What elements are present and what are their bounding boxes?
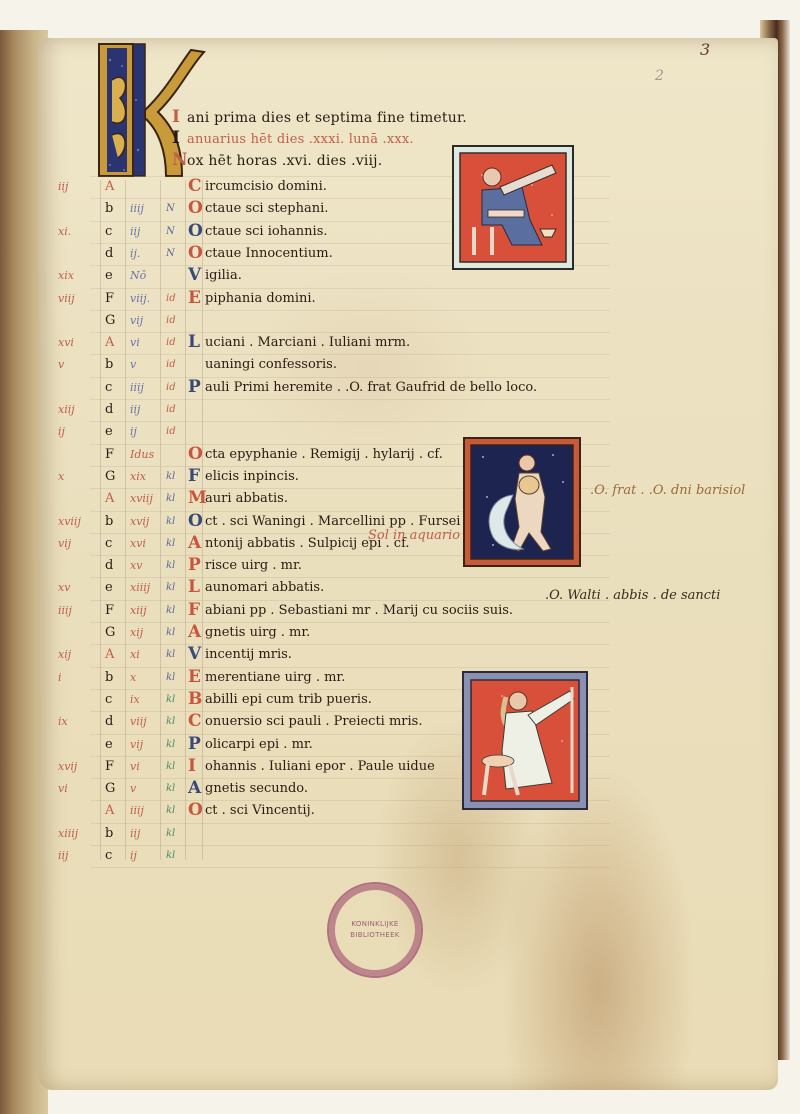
roman-day-count: xi bbox=[130, 644, 140, 665]
feast-initial: O bbox=[188, 800, 203, 821]
folio-number: 3 bbox=[700, 40, 710, 59]
feast-initial: P bbox=[188, 377, 201, 398]
roman-day-unit: id bbox=[166, 332, 176, 353]
roman-day-unit: kl bbox=[166, 644, 175, 665]
dominical-letter: G bbox=[105, 310, 115, 331]
dominical-letter: A bbox=[105, 488, 114, 509]
calendar-row: xiijdiijid bbox=[0, 399, 620, 420]
roman-day-unit: kl bbox=[166, 622, 175, 643]
feast-initial: P bbox=[188, 555, 201, 576]
calendar-row: ciiijidPauli Primi heremite . .O. frat G… bbox=[0, 377, 620, 398]
feast-initial: O bbox=[188, 444, 203, 465]
golden-number: v bbox=[58, 354, 64, 375]
roman-day-unit: kl bbox=[166, 577, 175, 598]
roman-day-count: vi bbox=[130, 332, 140, 353]
feast-text: gnetis secundo. bbox=[205, 778, 308, 799]
dominical-letter: d bbox=[105, 399, 113, 420]
roman-day-unit: kl bbox=[166, 511, 175, 532]
dominical-letter: d bbox=[105, 243, 113, 264]
golden-number: xv bbox=[58, 577, 70, 598]
roman-day-count: xiij bbox=[130, 600, 147, 621]
dominical-letter: c bbox=[105, 533, 112, 554]
calendar-row: viijFviij.idEpiphania domini. bbox=[0, 288, 620, 309]
roman-day-count: iiij bbox=[130, 800, 144, 821]
feast-text: onuersio sci pauli . Preiecti mris. bbox=[205, 711, 422, 732]
dominical-letter: c bbox=[105, 221, 112, 242]
roman-day-unit: N bbox=[166, 221, 175, 242]
feast-text: ctaue sci stephani. bbox=[205, 198, 328, 219]
feast-initial: C bbox=[188, 711, 202, 732]
dominical-letter: b bbox=[105, 511, 113, 532]
roman-day-count: vij bbox=[130, 734, 143, 755]
golden-number: xiiij bbox=[58, 823, 78, 844]
golden-number: x bbox=[58, 466, 64, 487]
feast-text: cta epyphanie . Remigij . hylarij . cf. bbox=[205, 444, 443, 465]
roman-day-count: iij bbox=[130, 399, 140, 420]
feast-text: elicis inpincis. bbox=[205, 466, 299, 487]
feast-text: auri abbatis. bbox=[205, 488, 288, 509]
feast-text: ohannis . Iuliani epor . Paule uidue bbox=[205, 756, 435, 777]
feast-text: uciani . Marciani . Iuliani mrm. bbox=[205, 332, 410, 353]
roman-day-count: ij bbox=[130, 421, 137, 442]
roman-day-count: ix bbox=[130, 689, 140, 710]
calendar-row: xvexiiijklLaunomari abbatis. bbox=[0, 577, 620, 598]
golden-number: xiij bbox=[58, 399, 75, 420]
feast-text: auli Primi heremite . .O. frat Gaufrid d… bbox=[205, 377, 537, 398]
dominical-letter: F bbox=[105, 444, 114, 465]
stamp-line-2: BIBLIOTHEEK bbox=[350, 930, 399, 941]
roman-day-unit: id bbox=[166, 310, 176, 331]
roman-day-unit: kl bbox=[166, 667, 175, 688]
library-stamp: KONINKLIJKE BIBLIOTHEEK bbox=[327, 882, 423, 978]
roman-day-count: ij. bbox=[130, 243, 140, 264]
roman-day-unit: kl bbox=[166, 823, 175, 844]
roman-day-unit: kl bbox=[166, 555, 175, 576]
dominical-letter: b bbox=[105, 354, 113, 375]
dominical-letter: e bbox=[105, 577, 113, 598]
marginal-obit-right: .O. frat . .O. dni barisiol bbox=[590, 483, 745, 498]
calendar-row: Gvijid bbox=[0, 310, 620, 331]
dominical-letter: G bbox=[105, 778, 115, 799]
feast-initial: E bbox=[188, 667, 201, 688]
roman-day-count: iij bbox=[130, 823, 140, 844]
roman-day-count: xix bbox=[130, 466, 146, 487]
roman-day-count: iiij bbox=[130, 377, 144, 398]
feast-initial: O bbox=[188, 198, 203, 219]
calendar-row: xviAviidLuciani . Marciani . Iuliani mrm… bbox=[0, 332, 620, 353]
roman-day-count: v bbox=[130, 354, 136, 375]
roman-day-unit: id bbox=[166, 421, 176, 442]
feast-text: merentiane uirg . mr. bbox=[205, 667, 345, 688]
golden-number: xvi bbox=[58, 332, 74, 353]
miniature-feasting-man bbox=[452, 145, 574, 270]
roman-day-count: xij bbox=[130, 622, 143, 643]
roman-day-unit: kl bbox=[166, 778, 175, 799]
golden-number: xij bbox=[58, 644, 71, 665]
golden-number: vij bbox=[58, 533, 71, 554]
feast-text: risce uirg . mr. bbox=[205, 555, 302, 576]
feast-text: igilia. bbox=[205, 265, 242, 286]
golden-number: vi bbox=[58, 778, 68, 799]
ruling-line bbox=[90, 867, 610, 868]
golden-number: xi. bbox=[58, 221, 71, 242]
calendar-row: xijAxiklVincentij mris. bbox=[0, 644, 620, 665]
feast-initial: A bbox=[188, 622, 201, 643]
golden-number: xviij bbox=[58, 511, 81, 532]
roman-day-unit: N bbox=[166, 243, 175, 264]
dominical-letter: F bbox=[105, 600, 114, 621]
golden-number: ij bbox=[58, 421, 65, 442]
feast-initial: L bbox=[188, 332, 200, 353]
feast-initial: I bbox=[188, 756, 196, 777]
roman-day-count: xvi bbox=[130, 533, 146, 554]
dominical-letter: F bbox=[105, 756, 114, 777]
roman-day-count: xiiij bbox=[130, 577, 150, 598]
roman-day-count: xviij bbox=[130, 488, 153, 509]
dominical-letter: b bbox=[105, 823, 113, 844]
roman-day-unit: id bbox=[166, 399, 176, 420]
dominical-letter: e bbox=[105, 421, 113, 442]
dominical-letter: e bbox=[105, 265, 113, 286]
feast-initial: E bbox=[188, 288, 201, 309]
feast-text: incentij mris. bbox=[205, 644, 292, 665]
feast-initial: P bbox=[188, 734, 201, 755]
roman-day-unit: id bbox=[166, 354, 176, 375]
feast-text: ctaue sci iohannis. bbox=[205, 221, 328, 242]
dominical-letter: e bbox=[105, 734, 113, 755]
roman-day-unit: kl bbox=[166, 711, 175, 732]
feast-initial: B bbox=[188, 689, 202, 710]
dominical-letter: A bbox=[105, 644, 114, 665]
header-initial-1: I bbox=[172, 107, 180, 127]
feast-initial: A bbox=[188, 533, 201, 554]
roman-day-unit: kl bbox=[166, 466, 175, 487]
feast-text: gnetis uirg . mr. bbox=[205, 622, 310, 643]
stamp-line-1: KONINKLIJKE bbox=[351, 919, 398, 930]
calendar-row: GxijklAgnetis uirg . mr. bbox=[0, 622, 620, 643]
feast-initial: V bbox=[188, 644, 201, 665]
feast-text: abiani pp . Sebastiani mr . Marij cu soc… bbox=[205, 600, 513, 621]
feast-text: ircumcisio domini. bbox=[205, 176, 327, 197]
roman-day-unit: kl bbox=[166, 800, 175, 821]
dominical-letter: F bbox=[105, 288, 114, 309]
feast-initial: O bbox=[188, 243, 203, 264]
roman-day-unit: kl bbox=[166, 845, 175, 866]
calendar-row: iiijFxiijklFabiani pp . Sebastiani mr . … bbox=[0, 600, 620, 621]
feast-initial: L bbox=[188, 577, 200, 598]
feast-text: abilli epi cum trib pueris. bbox=[205, 689, 372, 710]
dominical-letter: A bbox=[105, 176, 114, 197]
feast-initial: O bbox=[188, 221, 203, 242]
dominical-letter: b bbox=[105, 198, 113, 219]
roman-day-unit: N bbox=[166, 198, 175, 219]
feast-text: ct . sci Vincentij. bbox=[205, 800, 315, 821]
dominical-letter: c bbox=[105, 845, 112, 866]
feast-initial: M bbox=[188, 488, 207, 509]
roman-day-count: xvij bbox=[130, 511, 149, 532]
dominical-letter: G bbox=[105, 466, 115, 487]
golden-number: iij bbox=[58, 176, 68, 197]
feast-text: piphania domini. bbox=[205, 288, 316, 309]
roman-day-count: iiij bbox=[130, 198, 144, 219]
roman-day-unit: id bbox=[166, 288, 176, 309]
pencil-folio-number: 2 bbox=[655, 68, 664, 84]
feast-initial: C bbox=[188, 176, 202, 197]
header-line-2: anuarius hēt dies .xxxi. lunā .xxx. bbox=[187, 132, 414, 147]
feast-initial: V bbox=[188, 265, 201, 286]
dominical-letter: A bbox=[105, 800, 114, 821]
dominical-letter: c bbox=[105, 689, 112, 710]
feast-initial: F bbox=[188, 466, 200, 487]
roman-day-unit: kl bbox=[166, 689, 175, 710]
feast-text: aunomari abbatis. bbox=[205, 577, 324, 598]
golden-number: iij bbox=[58, 845, 68, 866]
roman-day-count: Idus bbox=[130, 444, 154, 465]
dominical-letter: d bbox=[105, 711, 113, 732]
roman-day-count: Nō bbox=[130, 265, 146, 286]
dominical-letter: G bbox=[105, 622, 115, 643]
miniature-seated-figure bbox=[462, 671, 588, 810]
dominical-letter: c bbox=[105, 377, 112, 398]
golden-number: iiij bbox=[58, 600, 72, 621]
calendar-row: xiiijbiijkl bbox=[0, 823, 620, 844]
roman-day-count: viij. bbox=[130, 288, 150, 309]
roman-day-unit: kl bbox=[166, 734, 175, 755]
header-initial-2: I bbox=[172, 128, 180, 148]
feast-text: uaningi confessoris. bbox=[205, 354, 337, 375]
calendar-row: iijcijkl bbox=[0, 845, 620, 866]
roman-day-unit: kl bbox=[166, 756, 175, 777]
roman-day-unit: kl bbox=[166, 488, 175, 509]
header-line-3: ox hēt horas .xvi. dies .viij. bbox=[187, 153, 382, 169]
golden-number: viij bbox=[58, 288, 75, 309]
dominical-letter: A bbox=[105, 332, 114, 353]
roman-day-count: x bbox=[130, 667, 136, 688]
golden-number: xix bbox=[58, 265, 74, 286]
roman-day-count: xv bbox=[130, 555, 142, 576]
roman-day-count: vi bbox=[130, 756, 140, 777]
dominical-letter: d bbox=[105, 555, 113, 576]
feast-initial: F bbox=[188, 600, 200, 621]
roman-day-unit: id bbox=[166, 377, 176, 398]
roman-day-count: vij bbox=[130, 310, 143, 331]
marginal-obit-lower: .O. Walti . abbis . de sancti bbox=[545, 588, 720, 603]
roman-day-count: viij bbox=[130, 711, 147, 732]
feast-initial: A bbox=[188, 778, 201, 799]
feast-text: olicarpi epi . mr. bbox=[205, 734, 313, 755]
marginal-note-sol-in-aquario: Sol in aquario bbox=[368, 528, 460, 543]
calendar-row: vbviduaningi confessoris. bbox=[0, 354, 620, 375]
roman-day-unit: kl bbox=[166, 533, 175, 554]
roman-day-count: iij bbox=[130, 221, 140, 242]
header-initial-3: N bbox=[172, 150, 188, 170]
header-line-1: ani prima dies et septima fine timetur. bbox=[187, 110, 467, 126]
miniature-aquarius bbox=[463, 437, 581, 567]
golden-number: xvij bbox=[58, 756, 77, 777]
dominical-letter: b bbox=[105, 667, 113, 688]
roman-day-count: v bbox=[130, 778, 136, 799]
feast-initial: O bbox=[188, 511, 203, 532]
roman-day-count: ij bbox=[130, 845, 137, 866]
feast-text: ctaue Innocentium. bbox=[205, 243, 333, 264]
roman-day-unit: kl bbox=[166, 600, 175, 621]
golden-number: i bbox=[58, 667, 62, 688]
golden-number: ix bbox=[58, 711, 68, 732]
